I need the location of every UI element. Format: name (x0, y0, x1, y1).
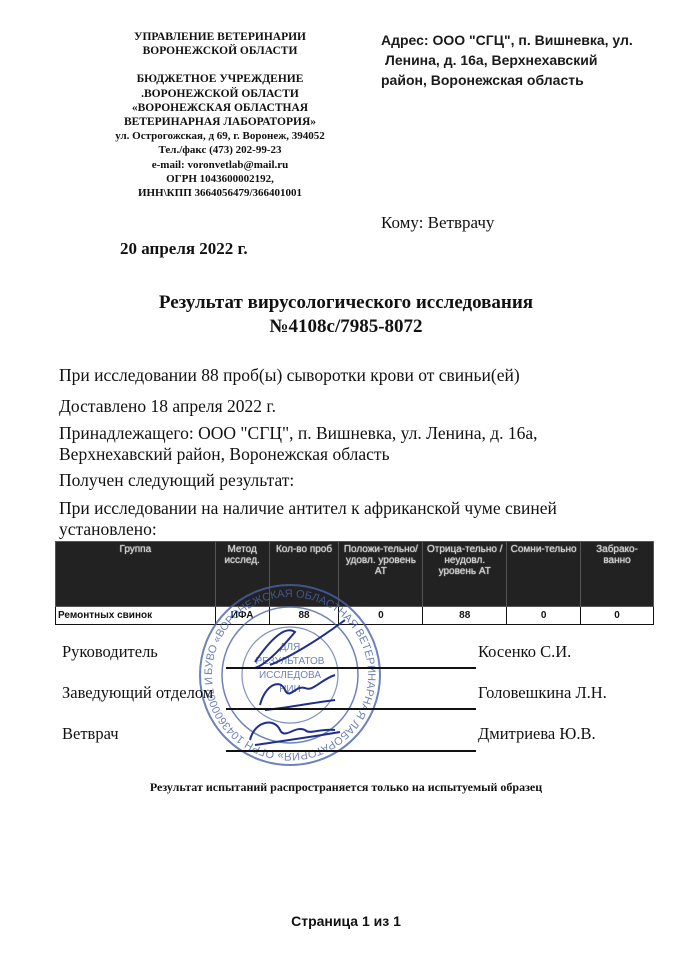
svg-text:ИССЛЕДОВА: ИССЛЕДОВА (259, 670, 321, 681)
address-line: район, Воронежская область (381, 70, 651, 90)
document-title: Результат вирусологического исследования… (0, 291, 692, 339)
cell-negative: 88 (423, 607, 507, 625)
disclaimer: Результат испытаний распространяется тол… (0, 780, 692, 795)
org-inn: ИНН\КПП 3664056479/366401001 (85, 186, 355, 200)
org-phone: Тел./факс (473) 202-99-23 (85, 143, 355, 157)
document-date: 20 апреля 2022 г. (120, 239, 248, 259)
official-stamp-icon: БУВО «ВОРОНЕЖСКАЯ ОБЛАСТНАЯ ВЕТЕРИНАРНАЯ… (195, 580, 385, 770)
address-line: Адрес: ООО "СГЦ", п. Вишневка, ул. (381, 30, 651, 50)
signature-role-dept-head: Заведующий отделом (62, 683, 213, 703)
signature-line (226, 750, 476, 752)
signature-role-vet: Ветврач (62, 724, 119, 744)
report-number: №4108с/7985-8072 (0, 315, 692, 339)
header-rejected: Забрако-ванно (581, 542, 654, 607)
org-ogrn: ОГРН 1043600002192, (85, 172, 355, 186)
org-address: ул. Острогожская, д 69, г. Воронеж, 3940… (85, 129, 355, 143)
cell-doubtful: 0 (507, 607, 581, 625)
study-statement-cont: установлено: (59, 518, 157, 540)
signature-role-head: Руководитель (62, 642, 158, 662)
recipient-address: Адрес: ООО "СГЦ", п. Вишневка, ул. Ленин… (381, 30, 651, 90)
header-doubtful: Сомни-тельно (507, 542, 581, 607)
cell-group: Ремонтных свинок (56, 607, 216, 625)
header-negative: Отрица-тельно / неудовл. уровень АТ (423, 542, 507, 607)
org-line: .ВОРОНЕЖСКОЙ ОБЛАСТИ (85, 87, 355, 101)
result-intro: Получен следующий результат: (59, 469, 294, 491)
page-number: Страница 1 из 1 (0, 913, 692, 929)
signature-line (226, 708, 476, 710)
org-line: «ВОРОНЕЖСКАЯ ОБЛАСТНАЯ (85, 101, 355, 115)
signature-name-vet: Дмитриева Ю.В. (478, 724, 596, 744)
org-line: ВОРОНЕЖСКОЙ ОБЛАСТИ (85, 44, 355, 58)
signature-line (226, 667, 476, 669)
cell-rejected: 0 (581, 607, 654, 625)
org-line: БЮДЖЕТНОЕ УЧРЕЖДЕНИЕ (85, 72, 355, 86)
signature-name-head: Косенко С.И. (478, 642, 571, 662)
header-group: Группа (56, 542, 216, 607)
owner-info-cont: Верхнехавский район, Воронежская область (59, 443, 390, 465)
organization-header: УПРАВЛЕНИЕ ВЕТЕРИНАРИИ ВОРОНЕЖСКОЙ ОБЛАС… (85, 30, 355, 200)
address-line: Ленина, д. 16а, Верхнехавский (381, 50, 651, 70)
delivery-date: Доставлено 18 апреля 2022 г. (59, 395, 276, 417)
study-statement: При исследовании на наличие антител к аф… (59, 497, 557, 519)
org-line: УПРАВЛЕНИЕ ВЕТЕРИНАРИИ (85, 30, 355, 44)
samples-info: При исследовании 88 проб(ы) сыворотки кр… (59, 364, 520, 386)
org-email: e-mail: voronvetlab@mail.ru (85, 158, 355, 172)
recipient-line: Кому: Ветврачу (381, 213, 494, 233)
signature-name-dept-head: Головешкина Л.Н. (478, 683, 607, 703)
org-line: ВЕТЕРИНАРНАЯ ЛАБОРАТОРИЯ» (85, 115, 355, 129)
owner-info: Принадлежащего: ООО "СГЦ", п. Вишневка, … (59, 422, 538, 444)
title-line: Результат вирусологического исследования (0, 291, 692, 315)
